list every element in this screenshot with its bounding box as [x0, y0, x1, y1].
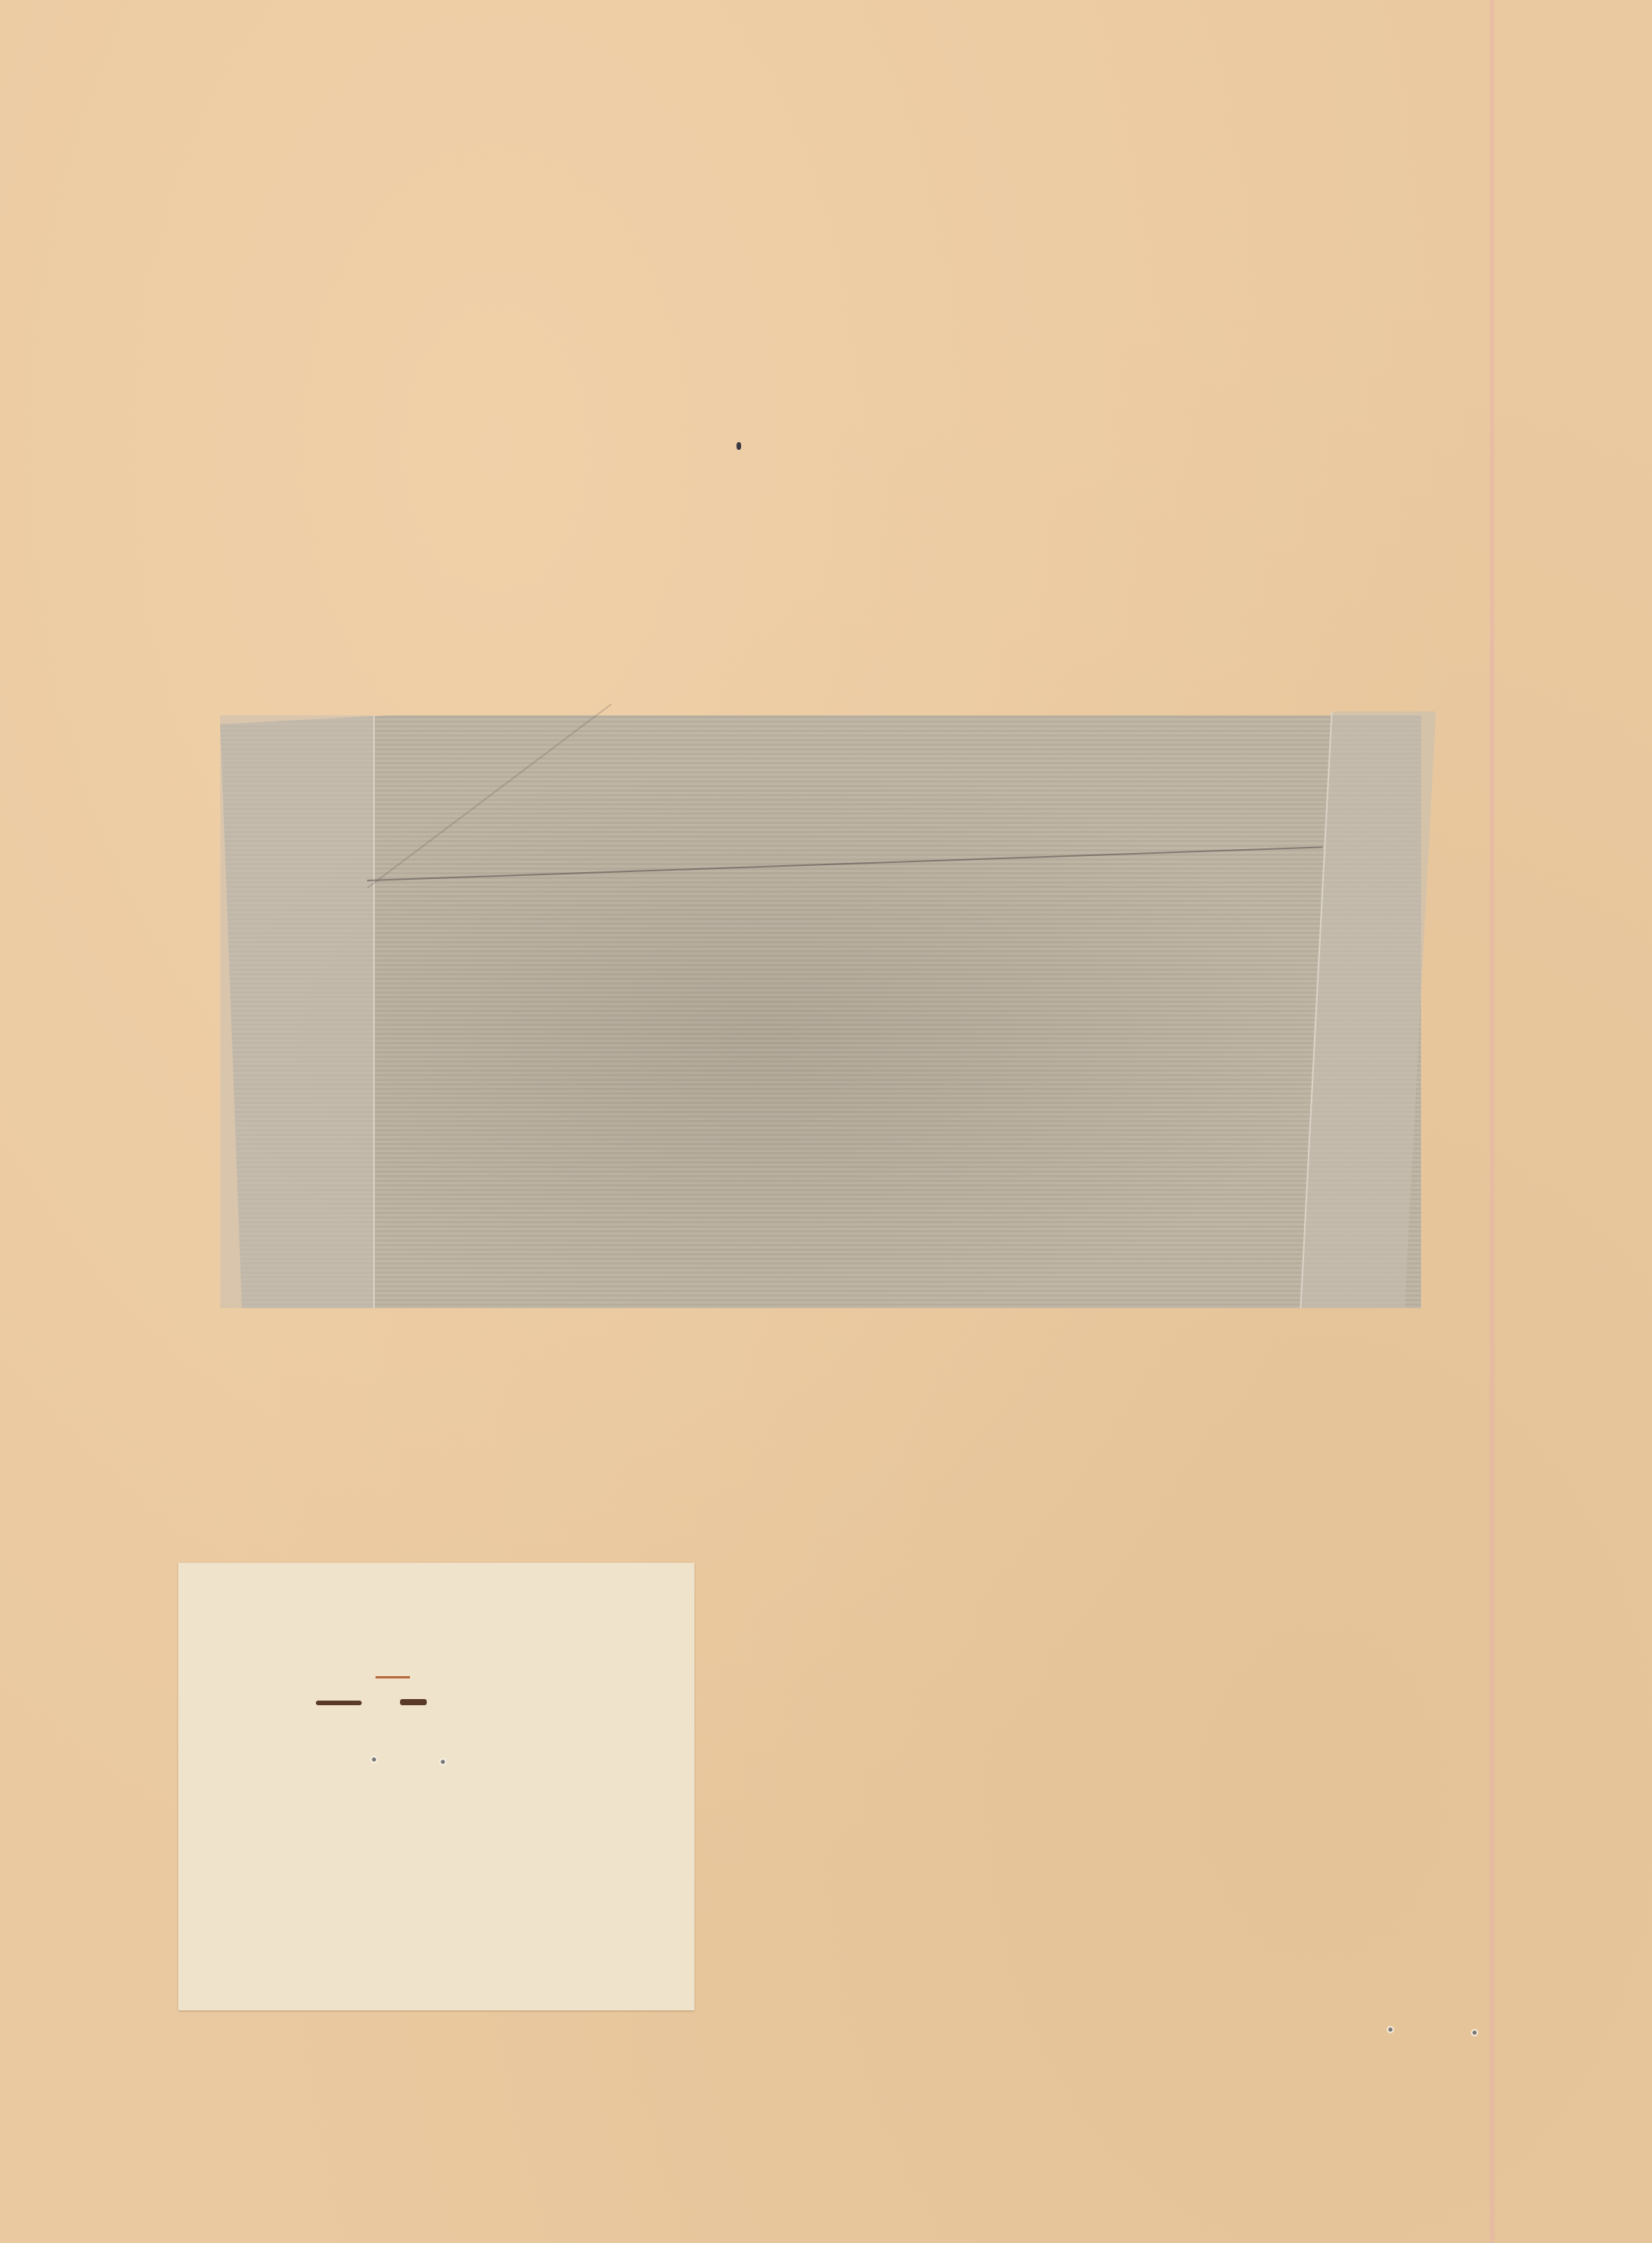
- pinhole: [1470, 2029, 1479, 2036]
- specimen-packet: [220, 715, 1421, 1308]
- pinhole: [1386, 2026, 1395, 2033]
- pin-head: [400, 1699, 427, 1705]
- pinhole: [369, 1756, 379, 1763]
- scale-ruler: [1488, 708, 1556, 1331]
- red-underline: [376, 1676, 410, 1678]
- pinhole: [438, 1758, 447, 1766]
- specimen-label: [178, 1563, 694, 2010]
- packet-left-flap: [220, 715, 375, 1308]
- speck: [737, 442, 741, 450]
- herbarium-sheet: [0, 0, 1652, 2243]
- pin: [316, 1701, 362, 1705]
